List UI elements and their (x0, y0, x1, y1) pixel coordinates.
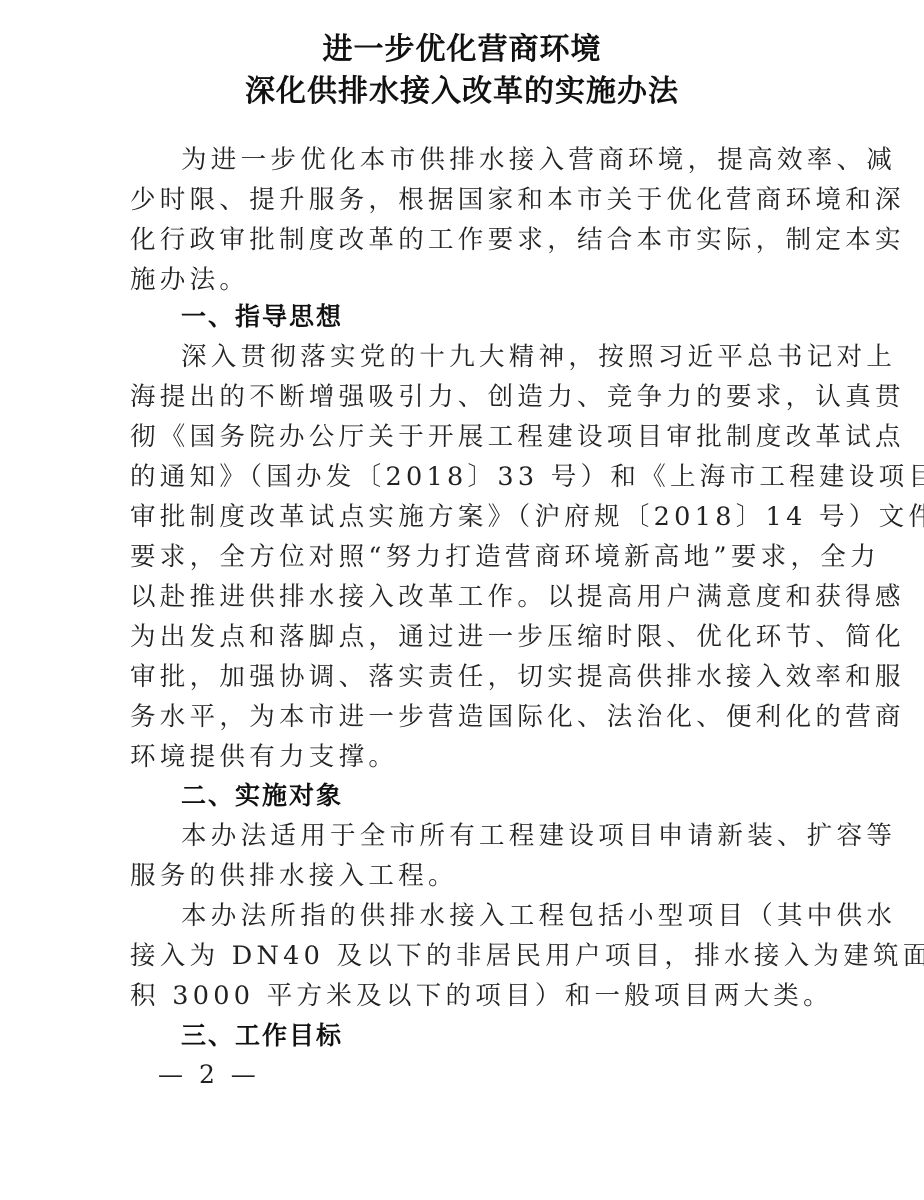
document-page: 进一步优化营商环境 深化供排水接入改革的实施办法 为进一步优化本市供排水接入营商… (0, 0, 924, 1200)
section-1-line: 的通知》（国办发〔2018〕33 号）和《上海市工程建设项目 (130, 457, 776, 497)
section-1-line: 以赴推进供排水接入改革工作。以提高用户满意度和获得感 (130, 577, 776, 617)
section-2-line: 接入为 DN40 及以下的非居民用户项目，排水接入为建筑面 (130, 936, 776, 976)
section-heading-implementation-scope: 二、实施对象 (181, 776, 343, 816)
document-title-line-2: 深化供排水接入改革的实施办法 (0, 66, 924, 110)
intro-paragraph-line: 为进一步优化本市供排水接入营商环境，提高效率、减 (181, 140, 776, 180)
intro-paragraph-line: 施办法。 (130, 260, 776, 300)
section-2-line: 服务的供排水接入工程。 (130, 856, 776, 896)
section-1-line: 审批，加强协调、落实责任，切实提高供排水接入效率和服 (130, 657, 776, 697)
section-2-line: 积 3000 平方米及以下的项目）和一般项目两大类。 (130, 976, 776, 1016)
document-title-line-1: 进一步优化营商环境 (0, 24, 924, 68)
section-heading-work-objectives: 三、工作目标 (181, 1016, 343, 1056)
section-1-line: 彻《国务院办公厅关于开展工程建设项目审批制度改革试点 (130, 417, 776, 457)
section-1-line: 海提出的不断增强吸引力、创造力、竞争力的要求，认真贯 (130, 377, 776, 417)
intro-paragraph-line: 少时限、提升服务，根据国家和本市关于优化营商环境和深 (130, 180, 776, 220)
section-2-line: 本办法适用于全市所有工程建设项目申请新装、扩容等 (181, 816, 776, 856)
section-1-line: 环境提供有力支撑。 (130, 737, 776, 777)
section-heading-guiding-ideology: 一、指导思想 (181, 297, 343, 337)
page-number: — 2 — (158, 1060, 260, 1089)
section-1-line: 为出发点和落脚点，通过进一步压缩时限、优化环节、简化 (130, 617, 776, 657)
section-1-line: 审批制度改革试点实施方案》（沪府规〔2018〕14 号）文件 (130, 497, 776, 537)
section-2-line: 本办法所指的供排水接入工程包括小型项目（其中供水 (181, 896, 776, 936)
intro-paragraph-line: 化行政审批制度改革的工作要求，结合本市实际，制定本实 (130, 220, 776, 260)
section-1-line: 要求，全方位对照“努力打造营商环境新高地”要求，全力 (130, 537, 776, 577)
section-1-line: 务水平，为本市进一步营造国际化、法治化、便利化的营商 (130, 697, 776, 737)
section-1-line: 深入贯彻落实党的十九大精神，按照习近平总书记对上 (181, 337, 776, 377)
